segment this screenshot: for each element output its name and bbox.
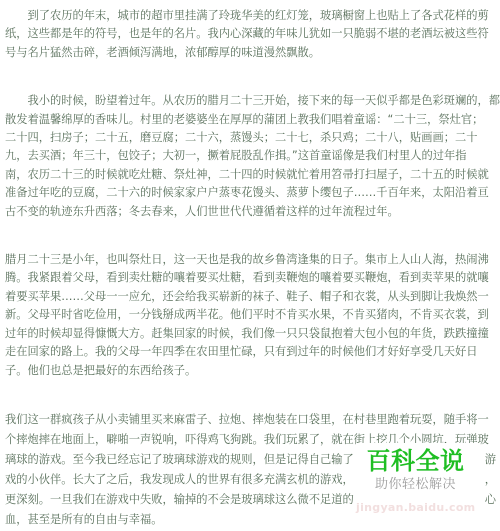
watermark-title: 百科全说 <box>356 446 475 476</box>
text-line: 准备过年吃的豆腐，二十六的时候家家户户蒸枣花馒头、蒸萝卜缨包子……千百年来，太阳… <box>5 184 496 202</box>
text-line-left: 更深刻。一旦我们在游戏中失败，输掉的不会是玻璃球这么微不足道的 <box>5 490 354 510</box>
text-line: 腊月二十三是小年，也叫祭灶日，这一天也是我的故乡鲁湾逢集的日子。集市上人山人海，… <box>5 251 496 269</box>
text-line-fragment: 游 <box>485 450 496 470</box>
watermark-url: jingyan.baidu.com <box>356 499 475 517</box>
text-line-fragment: ， <box>485 470 496 490</box>
paragraph: 腊月二十三是小年，也叫祭灶日，这一天也是我的故乡鲁湾逢集的日子。集市上人山人海，… <box>5 251 496 380</box>
text-line-left: 戏的小伙伴。长大了之后，我发现成人的世界有很多充满玄机的游戏， <box>5 470 354 490</box>
paragraph: 我小的时候，盼望着过年。从农历的腊月二十三开始，接下来的每一天似乎都是色彩斑斓的… <box>5 92 496 221</box>
text-line: 纸，这些都是年的符号，也是年的名片。我内心深藏的年味儿犹如一只脆弱不堪的老酒坛被… <box>5 25 496 43</box>
paragraph: 到了农历的年末，城市的超市里挂满了玲珑华美的红灯笼，玻璃橱窗上也贴上了各式花样的… <box>5 7 496 62</box>
text-line: 我小的时候，盼望着过年。从农历的腊月二十三开始，接下来的每一天似乎都是色彩斑斓的… <box>5 92 496 110</box>
text-line: 走在回家的路上。我的父母一年四季在农田里忙碌，只有到过年的时候他们才好好享受几天… <box>5 343 496 361</box>
text-line: 到了农历的年末，城市的超市里挂满了玲珑华美的红灯笼，玻璃橱窗上也贴上了各式花样的… <box>5 7 496 25</box>
text-line: 南，农历二十三的时候就吃灶糖、祭灶神，二十四的时候就忙着用笤帚打扫屋子，二十五的… <box>5 166 496 184</box>
text-line: 二十四，扫房子；二十五，磨豆腐；二十六，蒸馒头；二十七，杀只鸡；二十八，贴画画；… <box>5 129 496 147</box>
text-line: 我们这一群疯孩子从小卖铺里买来麻雷子、拉炮、摔炮装在口袋里，在村巷里跑着玩耍，随… <box>5 410 496 430</box>
text-line: 新。父母平时省吃俭用，一分钱掰成两半花。他们平时不肯买水果，不肯买猪肉，不肯买衣… <box>5 306 496 324</box>
text-line: 九，去买酒；年三十，包饺子；大初一，撅着屁股乱作揖。”这首童谣像是我们村里人的过… <box>5 147 496 165</box>
text-line-left: 璃球的游戏。至今我已经忘记了玻璃球游戏的规则，但是记得自己输了 <box>5 450 354 470</box>
text-line: 过年的时候却显得慷慨大方。赶集回家的时候，我们像一只只袋鼠抱着大包小包的年货，跌… <box>5 325 496 343</box>
text-line: 子。他们也总是把最好的东西给孩子。 <box>5 362 496 380</box>
text-line-fragment: 心 <box>485 490 496 510</box>
text-line: 腾。我紧跟着父母，看到卖灶糖的嚷着要买灶糖，看到卖鞭炮的嚷着要买鞭炮，看到卖苹果… <box>5 269 496 287</box>
article-page: 到了农历的年末，城市的超市里挂满了玲珑华美的红灯笼，玻璃橱窗上也贴上了各式花样的… <box>0 0 500 531</box>
text-line: 着要买苹果……父母一一应允，还会给我买崭新的袜子、鞋子、帽子和衣裳，从头到脚让我… <box>5 288 496 306</box>
baike-quanshuo-watermark: 百科全说 助你轻松解决 jingyan.baidu.com <box>356 443 475 523</box>
text-line: 散发着温馨绵厚的香味儿。村里的老婆婆坐在厚厚的蒲团上教我们唱着童谣：“二十三，祭… <box>5 111 496 129</box>
text-line: 号与名片猛然击碎，老酒倾泻满地，浓郁醇厚的味道漫然飘散。 <box>5 44 496 62</box>
text-line: 古不变的轨迹东升西落；冬去春来，人们世世代代遵循着这样的过年流程过年。 <box>5 203 496 221</box>
watermark-subtitle: 助你轻松解决 <box>356 477 475 492</box>
